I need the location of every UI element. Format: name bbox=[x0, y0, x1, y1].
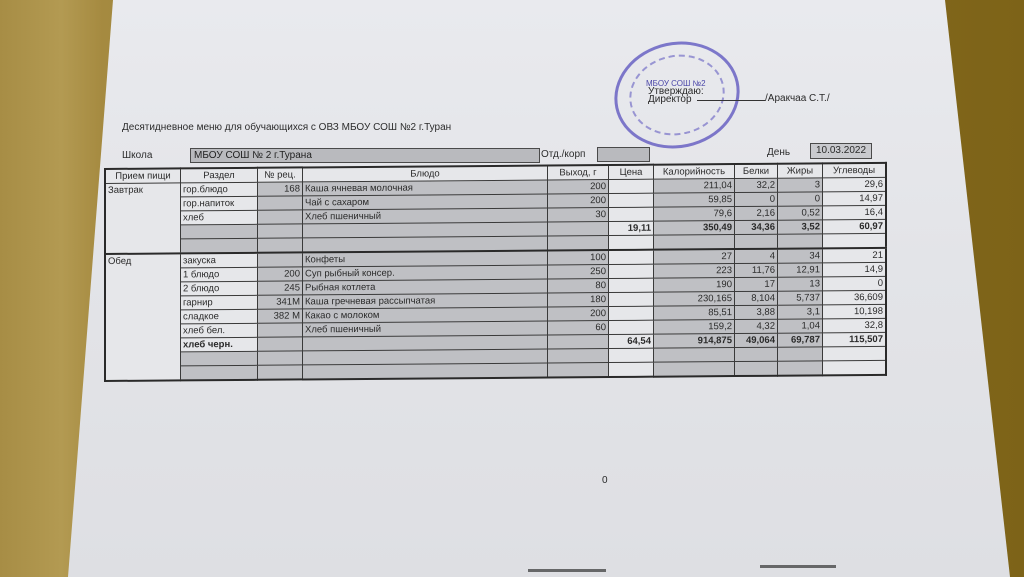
fat-cell bbox=[778, 361, 823, 376]
yield-cell: 80 bbox=[548, 279, 609, 293]
price-cell bbox=[609, 207, 654, 221]
header-meal: Прием пищи bbox=[105, 168, 181, 183]
yield-cell: 100 bbox=[548, 250, 609, 265]
section-cell: 2 блюдо bbox=[181, 281, 258, 296]
header-recipe: № рец. bbox=[258, 167, 303, 182]
yield-cell: 180 bbox=[548, 293, 609, 307]
calories-cell: 190 bbox=[654, 278, 735, 293]
recipe-cell: 341М bbox=[258, 295, 303, 309]
fat-cell: 1,04 bbox=[778, 319, 823, 333]
calories-cell: 230,165 bbox=[654, 292, 735, 307]
fat-cell: 69,787 bbox=[778, 333, 823, 347]
dish-cell bbox=[303, 363, 548, 379]
carbs-cell bbox=[823, 233, 887, 248]
fat-cell bbox=[778, 234, 823, 249]
section-cell: 1 блюдо bbox=[181, 267, 258, 282]
director-name: /Аракчаа С.Т./ bbox=[765, 93, 830, 104]
section-cell: гор.блюдо bbox=[181, 182, 258, 197]
recipe-cell: 382 М bbox=[258, 309, 303, 323]
carbs-cell: 14,97 bbox=[823, 191, 887, 205]
yield-cell: 200 bbox=[548, 180, 609, 194]
page-number: 0 bbox=[602, 475, 608, 486]
protein-cell bbox=[735, 361, 778, 376]
price-cell bbox=[609, 320, 654, 334]
yield-cell: 250 bbox=[548, 265, 609, 279]
price-cell: 19,11 bbox=[609, 221, 654, 235]
fat-cell: 0 bbox=[778, 192, 823, 206]
section-cell: гор.напиток bbox=[181, 196, 258, 211]
carbs-cell: 29,6 bbox=[823, 177, 887, 191]
carbs-cell: 0 bbox=[823, 276, 887, 290]
protein-cell: 34,36 bbox=[735, 220, 778, 234]
section-cell bbox=[181, 351, 258, 366]
fat-cell bbox=[778, 347, 823, 361]
carbs-cell: 32,8 bbox=[823, 318, 887, 332]
recipe-cell bbox=[258, 224, 303, 238]
recipe-cell: 245 bbox=[258, 281, 303, 295]
fat-cell: 3,1 bbox=[778, 305, 823, 319]
carbs-cell: 60,97 bbox=[823, 219, 887, 233]
school-label: Школа bbox=[122, 150, 152, 161]
header-calories: Калорийность bbox=[654, 164, 735, 179]
yield-cell bbox=[548, 222, 609, 236]
fat-cell: 34 bbox=[778, 248, 823, 263]
yield-cell bbox=[548, 236, 609, 251]
calories-cell bbox=[654, 362, 735, 377]
price-cell bbox=[609, 292, 654, 306]
section-cell: хлеб черн. bbox=[181, 337, 258, 352]
recipe-cell bbox=[258, 323, 303, 337]
protein-cell: 32,2 bbox=[735, 178, 778, 192]
day-field: 10.03.2022 bbox=[810, 143, 872, 159]
header-section: Раздел bbox=[181, 168, 258, 183]
protein-cell: 3,88 bbox=[735, 305, 778, 319]
header-yield: Выход, г bbox=[548, 165, 609, 180]
protein-cell: 49,064 bbox=[735, 333, 778, 347]
yield-cell bbox=[548, 363, 609, 378]
price-cell: 64,54 bbox=[609, 334, 654, 348]
price-cell bbox=[609, 362, 654, 377]
fat-cell: 5,737 bbox=[778, 291, 823, 305]
protein-cell: 4 bbox=[735, 249, 778, 264]
price-cell bbox=[609, 179, 654, 193]
protein-cell: 11,76 bbox=[735, 263, 778, 277]
calories-cell: 27 bbox=[654, 249, 735, 264]
fat-cell: 12,91 bbox=[778, 263, 823, 277]
section-cell: сладкое bbox=[181, 309, 258, 324]
recipe-cell bbox=[258, 351, 303, 365]
recipe-cell bbox=[258, 210, 303, 224]
signature-line bbox=[697, 100, 765, 101]
calories-cell: 914,875 bbox=[654, 334, 735, 349]
recipe-cell bbox=[258, 337, 303, 351]
document-title: Десятидневное меню для обучающихся с ОВЗ… bbox=[122, 122, 451, 133]
calories-cell: 211,04 bbox=[654, 179, 735, 194]
price-cell bbox=[609, 264, 654, 278]
carbs-cell: 10,198 bbox=[823, 304, 887, 318]
price-cell bbox=[609, 278, 654, 292]
price-cell bbox=[609, 193, 654, 207]
protein-cell: 17 bbox=[735, 277, 778, 291]
calories-cell bbox=[654, 235, 735, 250]
recipe-cell: 200 bbox=[258, 267, 303, 281]
carbs-cell bbox=[823, 360, 887, 375]
yield-cell bbox=[548, 335, 609, 349]
meal-name-cell: Завтрак bbox=[105, 183, 181, 254]
section-cell bbox=[181, 238, 258, 253]
section-cell: гарнир bbox=[181, 295, 258, 310]
meal-name-cell: Обед bbox=[105, 253, 181, 381]
signature-mark bbox=[528, 569, 606, 572]
yield-cell: 60 bbox=[548, 321, 609, 335]
price-cell bbox=[609, 235, 654, 250]
menu-table-body: Завтракгор.блюдо168Каша ячневая молочная… bbox=[105, 177, 886, 381]
carbs-cell: 14,9 bbox=[823, 262, 887, 276]
section-cell: закуска bbox=[181, 253, 258, 268]
calories-cell: 85,51 bbox=[654, 306, 735, 321]
protein-cell: 0 bbox=[735, 192, 778, 206]
day-label: День bbox=[767, 147, 790, 158]
carbs-cell: 36,609 bbox=[823, 290, 887, 304]
fat-cell: 3,52 bbox=[778, 220, 823, 234]
protein-cell: 8,104 bbox=[735, 291, 778, 305]
carbs-cell: 115,507 bbox=[823, 332, 887, 346]
protein-cell: 2,16 bbox=[735, 206, 778, 220]
fat-cell: 0,52 bbox=[778, 206, 823, 220]
school-field: МБОУ СОШ № 2 г.Турана bbox=[190, 148, 540, 163]
recipe-cell bbox=[258, 365, 303, 380]
director-label: Директор bbox=[648, 94, 692, 105]
protein-cell bbox=[735, 234, 778, 249]
header-fat: Жиры bbox=[778, 163, 823, 178]
calories-cell bbox=[654, 348, 735, 363]
recipe-cell bbox=[258, 252, 303, 267]
yield-cell: 200 bbox=[548, 307, 609, 321]
recipe-cell: 168 bbox=[258, 182, 303, 196]
price-cell bbox=[609, 306, 654, 320]
yield-cell: 200 bbox=[548, 194, 609, 208]
fat-cell: 3 bbox=[778, 178, 823, 192]
section-cell bbox=[181, 224, 258, 239]
menu-table: Прием пищи Раздел № рец. Блюдо Выход, г … bbox=[104, 162, 887, 382]
yield-cell bbox=[548, 349, 609, 363]
section-cell bbox=[181, 365, 258, 380]
fat-cell: 13 bbox=[778, 277, 823, 291]
carbs-cell bbox=[823, 346, 887, 360]
price-cell bbox=[609, 348, 654, 362]
protein-cell: 4,32 bbox=[735, 319, 778, 333]
calories-cell: 350,49 bbox=[654, 221, 735, 236]
calories-cell: 59,85 bbox=[654, 193, 735, 208]
calories-cell: 159,2 bbox=[654, 320, 735, 335]
calories-cell: 223 bbox=[654, 264, 735, 279]
header-price: Цена bbox=[609, 165, 654, 180]
department-field bbox=[597, 147, 650, 162]
department-label: Отд./корп bbox=[541, 149, 585, 160]
price-cell bbox=[609, 250, 654, 265]
header-protein: Белки bbox=[735, 164, 778, 179]
protein-cell bbox=[735, 347, 778, 361]
calories-cell: 79,6 bbox=[654, 207, 735, 222]
yield-cell: 30 bbox=[548, 208, 609, 222]
recipe-cell bbox=[258, 238, 303, 253]
section-cell: хлеб bbox=[181, 210, 258, 225]
carbs-cell: 16,4 bbox=[823, 205, 887, 219]
signature-mark bbox=[760, 565, 836, 568]
recipe-cell bbox=[258, 196, 303, 210]
carbs-cell: 21 bbox=[823, 248, 887, 263]
header-carbs: Углеводы bbox=[823, 163, 887, 178]
section-cell: хлеб бел. bbox=[181, 323, 258, 338]
